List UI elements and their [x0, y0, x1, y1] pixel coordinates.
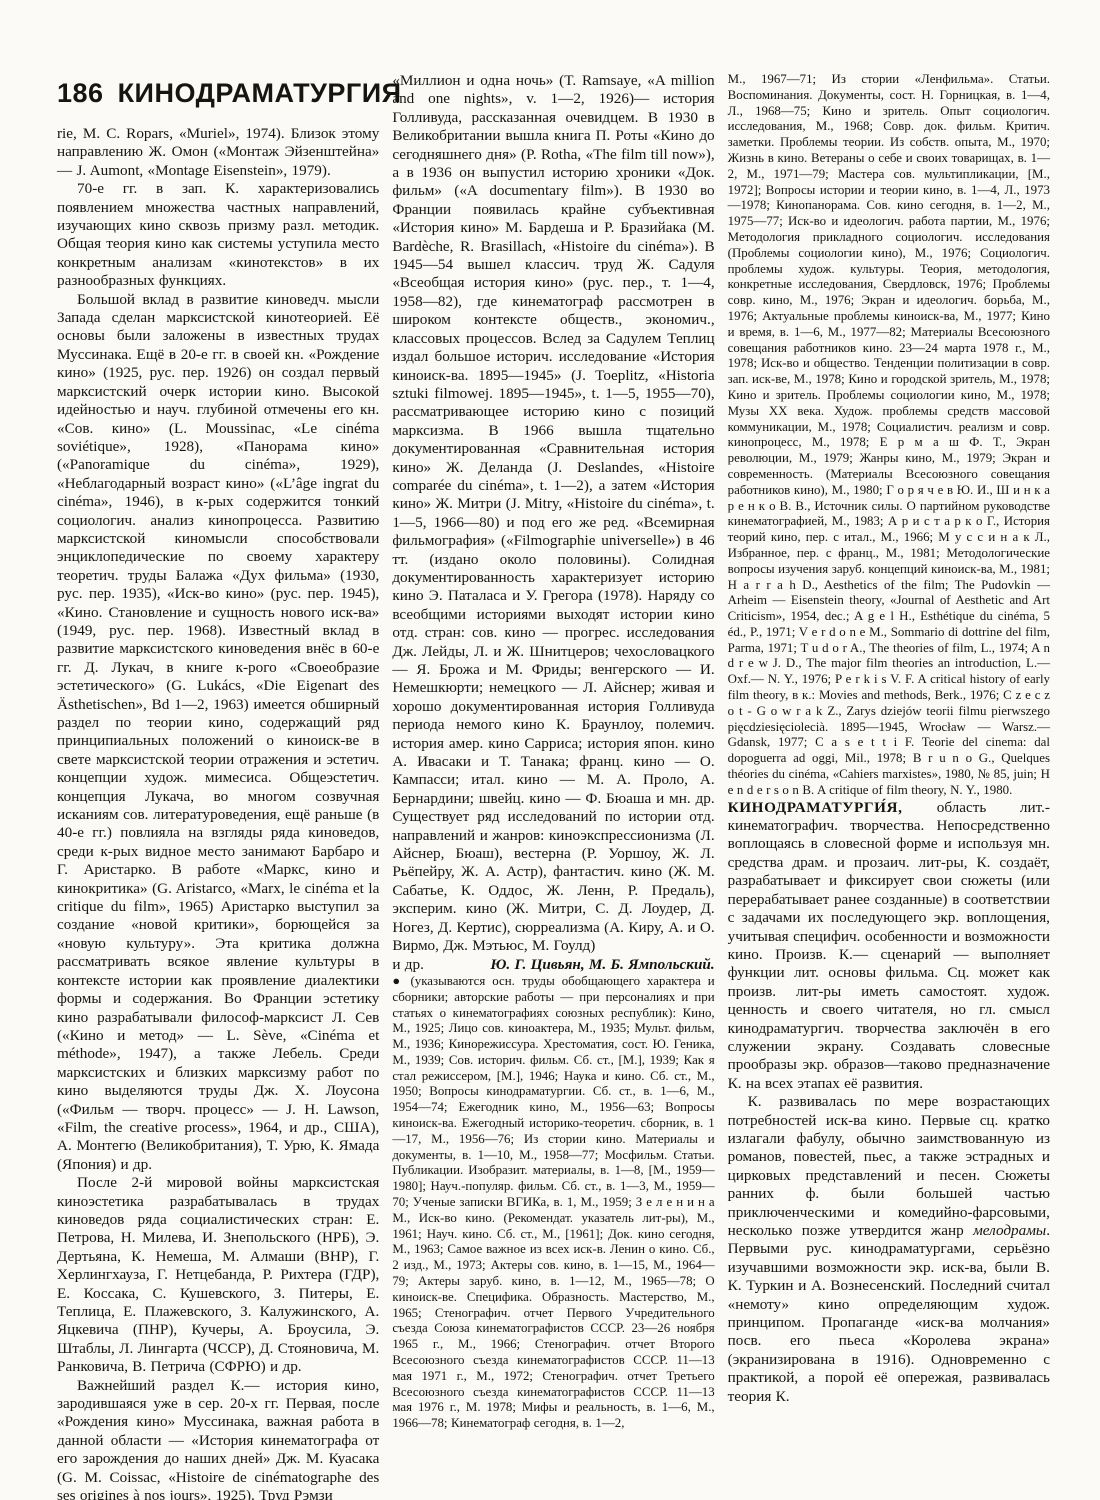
text-segment: После 2-й мировой войны марксистская кин…	[57, 1174, 379, 1375]
text-segment: Важнейший раздел К.— история кино, зарод…	[57, 1377, 379, 1500]
page-number: 186	[57, 78, 104, 109]
bibliography-paragraph: М., 1967—71; Из стории «Ленфильма». Стат…	[728, 72, 1050, 799]
text-paragraph: 70-е гг. в зап. К. характеризовались поя…	[57, 180, 379, 290]
signature-line: и др.Ю. Г. Цивьян, М. Б. Ямпольский.	[392, 956, 714, 974]
text-paragraph: Большой вклад в развитие киноведч. мысли…	[57, 291, 379, 1175]
authors-signature: Ю. Г. Цивьян, М. Б. Ямпольский.	[490, 956, 714, 974]
text-segment: 70-е гг. в зап. К. характеризовались поя…	[57, 180, 379, 289]
running-title: КИНОДРАМАТУРГИЯ	[118, 78, 402, 109]
text-paragraph: К. развивалась по мере возрастающих потр…	[728, 1093, 1050, 1406]
column-1: 186 КИНОДРАМАТУРГИЯ rie, М. С. Ropars, «…	[57, 72, 379, 1500]
text-segment: rie, М. С. Ropars, «Muriel», 1974). Близ…	[57, 125, 379, 179]
text-paragraph: КИНОДРАМАТУРГИ́Я, область лит.-кинематог…	[728, 799, 1050, 1094]
text-segment: область лит.-кинематографич. творчества.…	[728, 799, 1050, 1092]
text-segment: К. развивалась по мере возрастающих потр…	[728, 1093, 1050, 1239]
text-segment: Большой вклад в развитие киноведч. мысли…	[57, 291, 379, 1173]
column-3: М., 1967—71; Из стории «Ленфильма». Стат…	[728, 72, 1050, 1406]
article-headword: КИНОДРАМАТУРГИ́Я,	[728, 799, 937, 816]
text-paragraph: Важнейший раздел К.— история кино, зарод…	[57, 1377, 379, 1500]
text-segment: . Первыми рус. кинодраматургами, серьёзн…	[728, 1222, 1050, 1405]
text-segment: «Миллион и одна ночь» (T. Ramsaye, «A mi…	[392, 72, 714, 954]
text-paragraph: После 2-й мировой войны марксистская кин…	[57, 1174, 379, 1376]
encyclopedia-page: 186 КИНОДРАМАТУРГИЯ rie, М. С. Ropars, «…	[0, 0, 1100, 1500]
text-segment: ● (указываются осн. труды обобщающего ха…	[392, 974, 714, 1430]
bibliography-paragraph: ● (указываются осн. труды обобщающего ха…	[392, 974, 714, 1432]
running-head: 186 КИНОДРАМАТУРГИЯ	[57, 78, 379, 109]
paragraph-end-text: и др.	[392, 956, 424, 974]
text-segment: М., 1967—71; Из стории «Ленфильма». Стат…	[728, 72, 1050, 797]
text-paragraph: rie, М. С. Ropars, «Muriel», 1974). Близ…	[57, 125, 379, 180]
text-segment: мелодрамы	[973, 1222, 1046, 1239]
column-2: «Миллион и одна ночь» (T. Ramsaye, «A mi…	[392, 72, 714, 1432]
page-content: 186 КИНОДРАМАТУРГИЯ rie, М. С. Ropars, «…	[57, 72, 1050, 1500]
text-paragraph: «Миллион и одна ночь» (T. Ramsaye, «A mi…	[392, 72, 714, 956]
